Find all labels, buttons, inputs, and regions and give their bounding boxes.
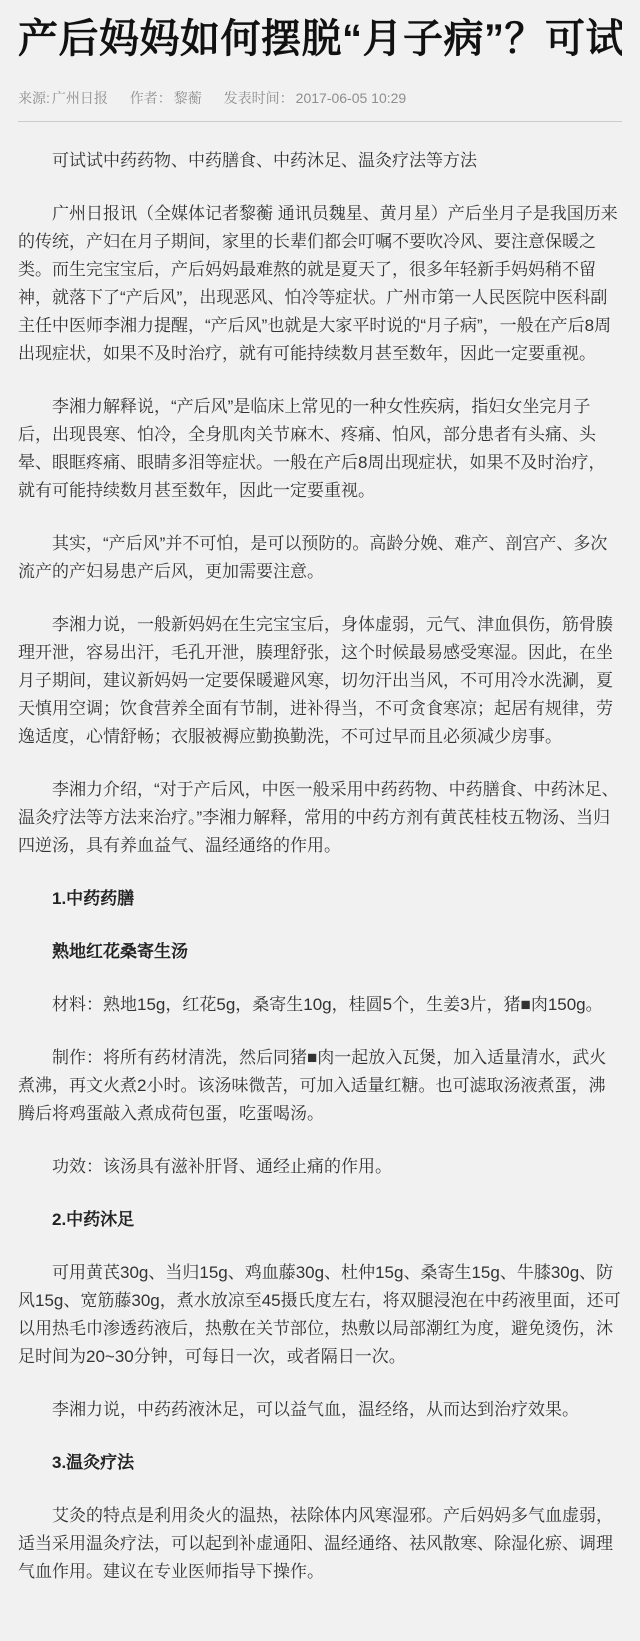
article-paragraph: 广州日报讯（全媒体记者黎蘅 通讯员魏星、黄月星）产后坐月子是我国历来的传统，产妇… — [18, 200, 622, 368]
meta-source-label: 来源: — [18, 90, 50, 106]
article-paragraph: 李湘力介绍，“对于产后风，中医一般采用中药药物、中药膳食、中药沐足、温灸疗法等方… — [18, 776, 622, 860]
section-heading-foot-bath: 2.中药沐足 — [18, 1206, 622, 1234]
meta-time-label: 发表时间： — [224, 90, 294, 106]
meta-author-label: 作者： — [130, 90, 172, 106]
soup-preparation-paragraph: 制作：将所有药材清洗，然后同猪■肉一起放入瓦煲，加入适量清水，武火煮沸，再文火煮… — [18, 1044, 622, 1128]
article-page: 产后妈妈如何摆脱“月子病”？可试试这 来源:广州日报 作者：黎蘅 发表时间：20… — [0, 0, 640, 1641]
header-divider — [18, 121, 622, 122]
article-paragraph: 李湘力说，一般新妈妈在生完宝宝后，身体虚弱，元气、津血俱伤，筋骨腠理开泄，容易出… — [18, 611, 622, 751]
section-heading-herbal-diet: 1.中药药膳 — [18, 885, 622, 913]
meta-source: 来源:广州日报 — [18, 90, 108, 106]
moxibustion-paragraph: 艾灸的特点是利用灸火的温热，祛除体内风寒湿邪。产后妈妈多气血虚弱，适当采用温灸疗… — [18, 1502, 622, 1586]
article-body: 可试试中药药物、中药膳食、中药沐足、温灸疗法等方法 广州日报讯（全媒体记者黎蘅 … — [18, 147, 622, 1586]
soup-ingredients-paragraph: 材料：熟地15g，红花5g，桑寄生10g，桂圆5个，生姜3片，猪■肉150g。 — [18, 991, 622, 1019]
subsection-heading-soup-name: 熟地红花桑寄生汤 — [18, 938, 622, 966]
article-paragraph: 李湘力解释说，“产后风”是临床上常见的一种女性疾病，指妇女坐完月子后，出现畏寒、… — [18, 393, 622, 505]
meta-author: 作者：黎蘅 — [130, 90, 202, 106]
meta-author-value: 黎蘅 — [174, 90, 202, 106]
meta-time-value: 2017-06-05 10:29 — [296, 90, 407, 106]
foot-bath-recipe-paragraph: 可用黄芪30g、当归15g、鸡血藤30g、杜仲15g、桑寄生15g、牛膝30g、… — [18, 1259, 622, 1371]
article-meta: 来源:广州日报 作者：黎蘅 发表时间：2017-06-05 10:29 — [18, 88, 622, 108]
meta-source-value: 广州日报 — [52, 90, 108, 106]
article-title: 产后妈妈如何摆脱“月子病”？可试试这 — [18, 16, 622, 62]
foot-bath-effect-paragraph: 李湘力说，中药药液沐足，可以益气血，温经络，从而达到治疗效果。 — [18, 1396, 622, 1424]
article-paragraph: 其实，“产后风”并不可怕，是可以预防的。高龄分娩、难产、剖宫产、多次流产的产妇易… — [18, 530, 622, 586]
lead-summary-paragraph: 可试试中药药物、中药膳食、中药沐足、温灸疗法等方法 — [18, 147, 622, 175]
soup-effect-paragraph: 功效：该汤具有滋补肝肾、通经止痛的作用。 — [18, 1153, 622, 1181]
meta-publish-time: 发表时间：2017-06-05 10:29 — [224, 90, 407, 106]
section-heading-moxibustion: 3.温灸疗法 — [18, 1449, 622, 1477]
